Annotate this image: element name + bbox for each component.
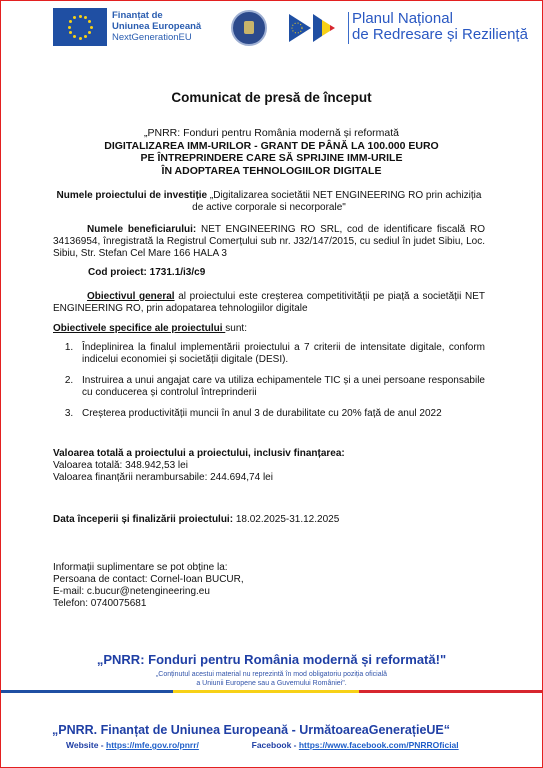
eu-flag-icon [53,8,107,46]
eu-line2: Uniunea Europeană [112,21,201,32]
specific-objectives-label: Obiectivele specifice ale proiectului [53,323,225,334]
project-name-value: „Digitalizarea societătii NET ENGINEERIN… [192,190,481,213]
star-icon [84,16,87,19]
stripe-yellow [173,690,359,693]
eu-line3: NextGenerationEU [112,32,201,43]
facebook-label: Facebook - [252,740,299,750]
dates-label: Data începerii și finalizării proiectulu… [53,514,233,525]
project-code: Cod proiect: 1731.1/i3/c9 [88,267,520,279]
footer-disclaimer: „Conținutul acestui material nu reprezin… [0,670,543,688]
facebook-link[interactable]: https://www.facebook.com/PNRROficial [299,740,459,750]
disclaimer-line1: „Conținutul acestui material nu reprezin… [0,670,543,679]
contact-info: Informații suplimentare se pot obține la… [53,562,485,610]
star-icon [73,35,76,38]
star-icon [79,37,82,40]
eu-line1: Finanțat de [112,10,201,21]
logo-separator [348,12,349,44]
general-objective-label: Obiectivul general [87,291,175,302]
pnrr-line2: de Redresare și Reziliență [352,27,528,43]
website-label: Website - [66,740,106,750]
project-name-label: Numele proiectului de investiție [57,190,208,201]
romanian-government-seal-icon [231,10,267,46]
value-heading: Valoarea totală a proiectului a proiectu… [53,448,485,460]
value-total: Valoarea totală: 348.942,53 lei [53,460,485,472]
contact-phone: Telefon: 0740075681 [53,598,485,610]
disclaimer-line2: a Uniunii Europene sau a Guvernului Româ… [0,679,543,688]
project-name: Numele proiectului de investiție „Digita… [53,190,485,214]
project-value: Valoarea totală a proiectului a proiectu… [53,448,485,484]
eu-funding-text: Finanțat de Uniunea Europeană NextGenera… [112,10,201,43]
beneficiary-label: Numele beneficiarului: [87,224,196,235]
subtitle-line1: „PNRR: Fonduri pentru România modernă și… [0,127,543,140]
star-icon [68,26,71,29]
bottom-slogan: „PNRR. Finanțat de Uniunea Europeană - U… [52,723,450,737]
star-icon [69,31,72,34]
stripe-red [359,690,542,693]
star-icon [84,35,87,38]
contact-intro: Informații suplimentare se pot obține la… [53,562,485,574]
bottom-links: Website - https://mfe.gov.ro/pnrr/ Faceb… [66,740,459,750]
star-icon [88,31,91,34]
page-title: Comunicat de presă de început [0,90,543,105]
objective-item: Îndeplinirea la finalul implementării pr… [76,342,485,366]
website-link[interactable]: https://mfe.gov.ro/pnrr/ [106,740,199,750]
footer-slogan: „PNRR: Fonduri pentru România modernă și… [0,652,543,667]
general-objective: Obiectivul general al proiectului este c… [53,291,485,315]
specific-objectives-suffix: sunt: [225,323,247,334]
objective-item: Instruirea a unui angajat care va utiliz… [76,375,485,399]
specific-objectives-list: Îndeplinirea la finalul implementării pr… [58,342,485,429]
star-icon [79,15,82,18]
pnrr-line1: Planul Național [352,11,528,27]
pnrr-title: Planul Național de Redresare și Rezilien… [352,11,528,43]
contact-email: E-mail: c.bucur@netengineering.eu [53,586,485,598]
value-non-refundable: Valoarea finanțării nerambursabile: 244.… [53,472,485,484]
pnrr-arrows-icon [289,12,345,44]
star-icon [69,20,72,23]
stripe-blue [1,690,173,693]
subtitle-line4: ÎN ADOPTAREA TEHNOLOGIILOR DIGITALE [0,165,543,178]
contact-person: Persoana de contact: Cornel-Ioan BUCUR, [53,574,485,586]
project-dates: Data începerii și finalizării proiectulu… [53,514,485,526]
star-icon [88,20,91,23]
header-logos: Finanțat de Uniunea Europeană NextGenera… [0,8,543,52]
beneficiary: Numele beneficiarului: NET ENGINEERING R… [53,224,485,260]
specific-objectives-heading: Obiectivele specifice ale proiectului su… [53,323,485,335]
star-icon [90,26,93,29]
objective-item: Creșterea productivității muncii în anul… [76,408,485,420]
star-icon [73,16,76,19]
subtitle: „PNRR: Fonduri pentru România modernă și… [0,127,543,177]
dates-value: 18.02.2025-31.12.2025 [233,514,339,525]
subtitle-line2: DIGITALIZAREA IMM-URILOR - GRANT DE PÂNĂ… [0,140,543,153]
subtitle-line3: PE ÎNTREPRINDERE CARE SĂ SPRIJINE IMM-UR… [0,152,543,165]
